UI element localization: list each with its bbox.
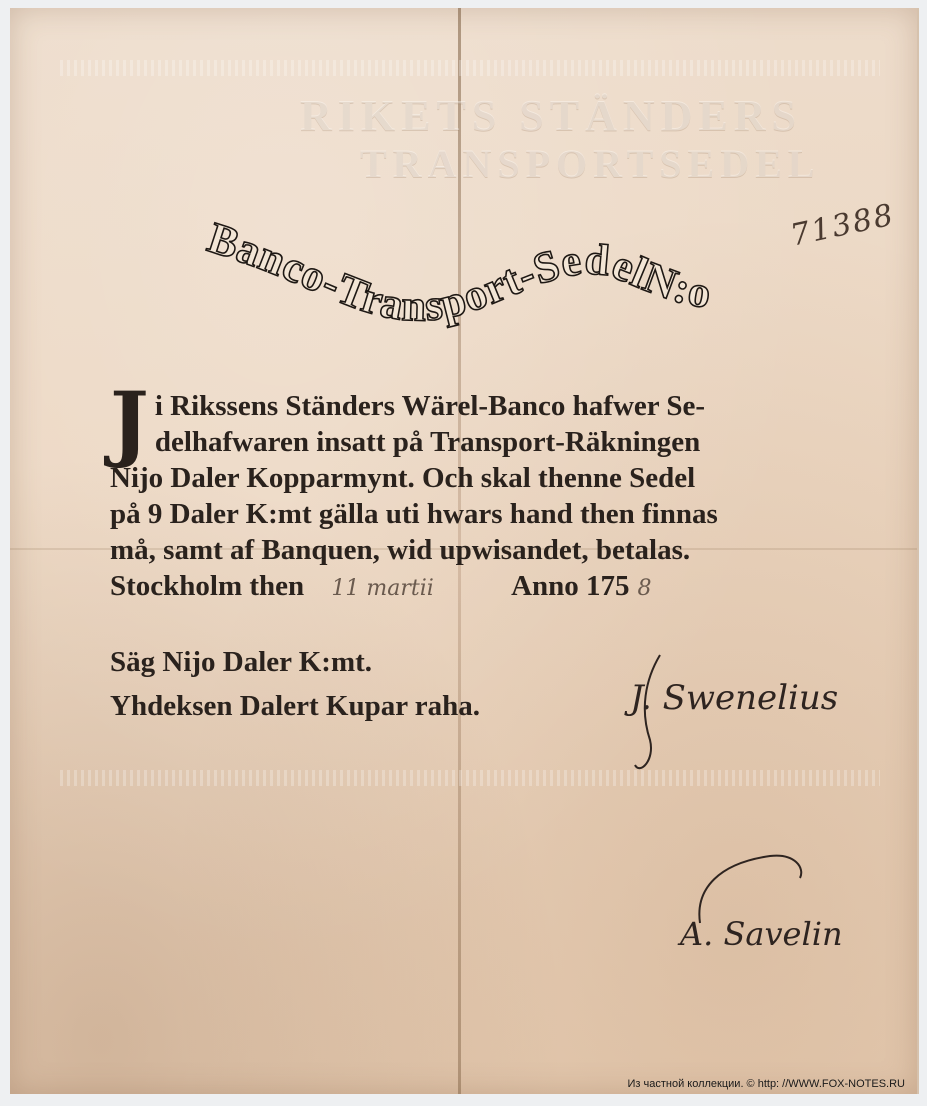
amount-swedish: Säg Nijo Daler K:mt. xyxy=(110,640,480,684)
body-line-3: Nijo Daler Kopparmynt. Och skal thenne S… xyxy=(110,460,840,496)
amount-finnish: Yhdeksen Dalert Kupar raha. xyxy=(110,684,480,728)
signature-1-flourish xyxy=(630,650,670,780)
anno-label: Anno 175 xyxy=(511,570,629,602)
watermark-line-1: RIKETS STÄNDERS xyxy=(300,90,802,141)
body-line-4: på 9 Daler K:mt gälla uti hwars hand the… xyxy=(110,496,840,532)
watermark-border-top xyxy=(60,60,880,76)
body-line-1: i Rikssens Ständers Wärel-Banco hafwer S… xyxy=(110,388,840,424)
place-date-line: Stockholm then 11 martii Anno 1758 xyxy=(110,568,840,607)
title-sedel: Sedel xyxy=(527,234,655,297)
banknote-title: Banco-Transport-SedelN:o xyxy=(200,225,880,335)
place-date-prefix: Stockholm then xyxy=(110,570,304,602)
handwritten-date: 11 martii xyxy=(331,576,433,601)
body-line-2: delhafwaren insatt på Transport-Räkninge… xyxy=(110,424,840,460)
watermark-border-bottom xyxy=(60,770,880,786)
body-text: J i Rikssens Ständers Wärel-Banco hafwer… xyxy=(110,388,840,607)
dropcap-letter: J xyxy=(110,388,149,458)
title-banco: Banco xyxy=(202,213,335,303)
collection-credit: Из частной коллекции. © http: //WWW.FOX-… xyxy=(627,1078,905,1090)
amount-section: Säg Nijo Daler K:mt. Yhdeksen Dalert Kup… xyxy=(110,640,480,728)
signature-2-flourish xyxy=(680,848,820,928)
watermark-line-2: TRANSPORTSEDEL xyxy=(360,140,820,187)
handwritten-year-digit: 8 xyxy=(638,576,652,601)
svg-text:Banco-Transport-SedelN:o: Banco-Transport-SedelN:o xyxy=(202,213,715,331)
body-line-5: må, samt af Banquen, wid upwisandet, bet… xyxy=(110,532,840,568)
title-transport: -Transport- xyxy=(316,248,543,330)
